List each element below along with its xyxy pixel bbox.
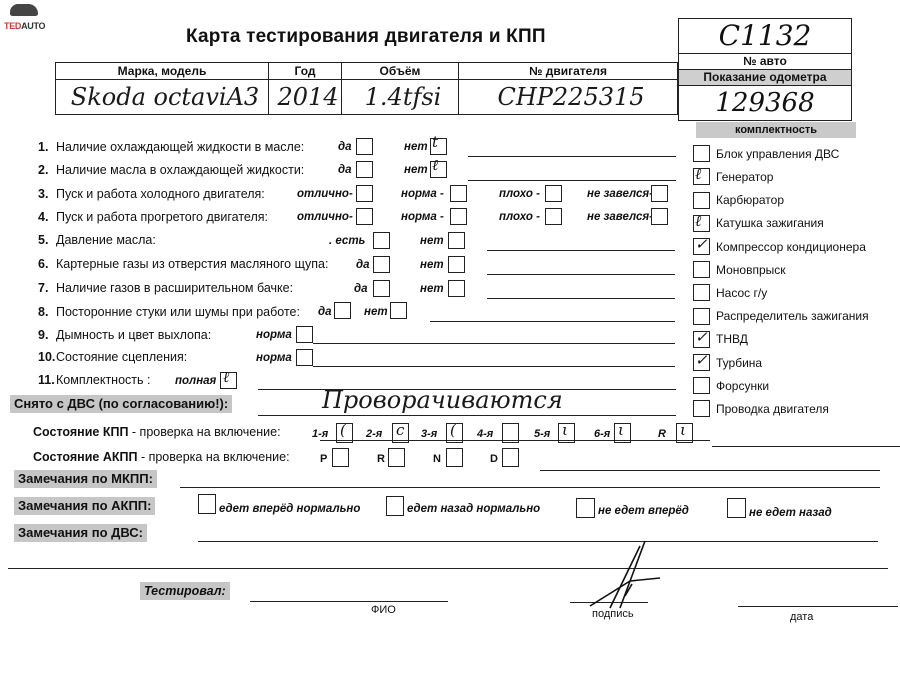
q4-bad-checkbox[interactable] <box>545 208 562 225</box>
q10-notes-line <box>313 366 675 367</box>
q2-no-checkbox[interactable]: ℓ <box>430 161 447 178</box>
completeness-label: Карбюратор <box>716 193 784 207</box>
completeness-checkbox[interactable] <box>693 145 710 162</box>
manual-gear-label: 6-я <box>594 428 610 440</box>
question-3: 3.Пуск и работа холодного двигателя: <box>38 187 265 201</box>
completeness-item[interactable]: ✓Турбина <box>693 354 762 374</box>
auto-gear-checkbox[interactable] <box>502 448 519 467</box>
q1-yes-checkbox[interactable] <box>356 138 373 155</box>
completeness-item[interactable]: Форсунки <box>693 377 769 397</box>
q8-notes-line <box>430 321 675 322</box>
q3-no-start-checkbox[interactable] <box>651 185 668 202</box>
remarks-akpp-label: Замечания по АКПП: <box>14 497 155 515</box>
remarks-dvs-label: Замечания по ДВС: <box>14 524 147 542</box>
auto-gear-label: D <box>490 453 498 465</box>
auto-gear-checkbox[interactable] <box>332 448 349 467</box>
volume-field[interactable]: 1.4tfsi <box>342 80 459 115</box>
remarks-dvs-line[interactable] <box>198 541 878 542</box>
remarks-mkpp-line[interactable] <box>180 487 880 488</box>
question-7: 7.Наличие газов в расширительном бачке: <box>38 281 293 295</box>
odometer-label: Показание одометра <box>679 70 851 86</box>
completeness-checkbox[interactable] <box>693 377 710 394</box>
auto-gearbox-label: Состояние АКПП - проверка на включение: <box>33 450 290 464</box>
auto-gear-checkbox[interactable] <box>388 448 405 467</box>
completeness-label: Компрессор кондиционера <box>716 240 866 254</box>
signature-scribble <box>570 536 670 616</box>
question-2: 2.Наличие масла в охлаждающей жидкости: <box>38 163 304 177</box>
q6-yes-checkbox[interactable] <box>373 256 390 273</box>
q4-excellent-checkbox[interactable] <box>356 208 373 225</box>
completeness-label: Моновпрыск <box>716 263 786 277</box>
tedauto-logo: TEDAUTO <box>2 4 46 38</box>
completeness-label: ТНВД <box>716 332 748 346</box>
col-make-model: Марка, модель <box>56 63 269 80</box>
date-line[interactable] <box>738 606 898 607</box>
completeness-label: Турбина <box>716 356 762 370</box>
auto-odometer-box: C1132 № авто Показание одометра 129368 <box>678 18 852 121</box>
completeness-item[interactable]: Распределитель зажигания <box>693 307 869 327</box>
completeness-item[interactable]: ℓКатушка зажигания <box>693 215 824 235</box>
q9-normal-checkbox[interactable] <box>296 326 313 343</box>
q6-no-checkbox[interactable] <box>448 256 465 273</box>
auto-gear-label: R <box>377 453 385 465</box>
completeness-label: Распределитель зажигания <box>716 309 869 323</box>
question-11: 11.Комплектность : <box>38 373 150 387</box>
divider-line <box>712 446 900 447</box>
question-4: 4.Пуск и работа прогретого двигателя: <box>38 210 268 224</box>
auto-number-label: № авто <box>679 54 851 70</box>
q2-yes-checkbox[interactable] <box>356 161 373 178</box>
question-6: 6.Картерные газы из отверстия масляного … <box>38 257 328 271</box>
q9-notes-line <box>313 343 675 344</box>
q6-notes-line <box>487 274 675 275</box>
q7-yes-checkbox[interactable] <box>373 280 390 297</box>
q5-no-checkbox[interactable] <box>448 232 465 249</box>
completeness-item[interactable]: ℓГенератор <box>693 168 773 188</box>
manual-gearbox-label: Состояние КПП - проверка на включение: <box>33 425 281 439</box>
completeness-checkbox[interactable] <box>693 308 710 325</box>
q8-yes-checkbox[interactable] <box>334 302 351 319</box>
manual-gear-label: 4-я <box>477 428 493 440</box>
date-caption: дата <box>790 611 813 623</box>
completeness-checkbox[interactable]: ✓ <box>693 354 710 371</box>
fio-caption: ФИО <box>371 604 396 616</box>
q1-notes-line <box>468 156 676 157</box>
completeness-checkbox[interactable]: ℓ <box>693 215 710 232</box>
q1-no-checkbox[interactable]: t <box>430 138 447 155</box>
completeness-checkbox[interactable]: ✓ <box>693 331 710 348</box>
auto-number-field[interactable]: C1132 <box>679 19 851 54</box>
q4-no-start-checkbox[interactable] <box>651 208 668 225</box>
completeness-label: Проводка двигателя <box>716 402 829 416</box>
completeness-checkbox[interactable] <box>693 261 710 278</box>
auto-gear-label: P <box>320 453 327 465</box>
akpp-forward-ok-checkbox[interactable] <box>198 494 216 514</box>
completeness-item[interactable]: Насос г/у <box>693 284 767 304</box>
completeness-label: Насос г/у <box>716 286 767 300</box>
manual-gear-label: 2-я <box>366 428 382 440</box>
completeness-checkbox[interactable] <box>693 284 710 301</box>
auto-gear-label: N <box>433 453 441 465</box>
manual-gear-label: 1-я <box>312 428 328 440</box>
completeness-item[interactable]: Блок управления ДВС <box>693 145 839 165</box>
completeness-label: Блок управления ДВС <box>716 147 839 161</box>
removed-value[interactable]: Проворачиваются <box>322 386 563 414</box>
q4-normal-checkbox[interactable] <box>450 208 467 225</box>
col-year: Год <box>269 63 342 80</box>
tested-by-label: Тестировал: <box>140 582 230 600</box>
manual-gear-label: R <box>658 428 666 440</box>
page-title: Карта тестирования двигателя и КПП <box>186 26 546 48</box>
question-1: 1.Наличие охлаждающей жидкости в масле: <box>38 140 304 154</box>
q10-normal-checkbox[interactable] <box>296 349 313 366</box>
akpp-reverse-ok-checkbox[interactable] <box>386 496 404 516</box>
odometer-field[interactable]: 129368 <box>679 86 851 120</box>
question-9: 9.Дымность и цвет выхлопа: <box>38 328 211 342</box>
completeness-checkbox[interactable] <box>693 192 710 209</box>
completeness-label: Катушка зажигания <box>716 216 824 230</box>
q2-notes-line <box>468 180 676 181</box>
question-10: 10.Состояние сцепления: <box>38 350 187 364</box>
completeness-item[interactable]: ✓ТНВД <box>693 331 748 351</box>
completeness-item[interactable]: Моновпрыск <box>693 261 786 281</box>
vehicle-info-table: Марка, модель Год Объём № двигателя Skod… <box>55 62 678 115</box>
completeness-label: Форсунки <box>716 379 769 393</box>
q7-notes-line <box>487 298 675 299</box>
removed-label: Снято с ДВС (по согласованию!): <box>10 395 232 413</box>
completeness-item[interactable]: Карбюратор <box>693 191 784 211</box>
q7-no-checkbox[interactable] <box>448 280 465 297</box>
completeness-heading: комплектность <box>696 122 856 138</box>
q3-bad-checkbox[interactable] <box>545 185 562 202</box>
col-volume: Объём <box>342 63 459 80</box>
remarks-dvs-line-2[interactable] <box>8 568 888 569</box>
q11-complete-checkbox[interactable]: ℓ <box>220 372 237 389</box>
col-engine-number: № двигателя <box>459 63 678 80</box>
completeness-checkbox[interactable]: ✓ <box>693 238 710 255</box>
question-8: 8.Посторонние стуки или шумы при работе: <box>38 305 300 319</box>
completeness-item[interactable]: ✓Компрессор кондиционера <box>693 238 866 258</box>
remarks-mkpp-label: Замечания по МКПП: <box>14 470 157 488</box>
akpp-no-forward-checkbox[interactable] <box>576 498 595 518</box>
fio-line[interactable] <box>250 601 448 602</box>
manual-gear-label: 5-я <box>534 428 550 440</box>
akpp-no-reverse-checkbox[interactable] <box>727 498 746 518</box>
completeness-item[interactable]: Проводка двигателя <box>693 400 829 420</box>
q5-yes-checkbox[interactable] <box>373 232 390 249</box>
completeness-label: Генератор <box>716 170 773 184</box>
q5-notes-line <box>487 250 675 251</box>
q3-normal-checkbox[interactable] <box>450 185 467 202</box>
car-icon <box>10 4 38 16</box>
completeness-checkbox[interactable]: ℓ <box>693 168 710 185</box>
make-model-field[interactable]: Skoda octaviA3 <box>56 80 269 115</box>
auto-gear-checkbox[interactable] <box>446 448 463 467</box>
manual-gears-line <box>320 440 710 441</box>
removed-line <box>258 415 676 416</box>
completeness-checkbox[interactable] <box>693 400 710 417</box>
year-field[interactable]: 2014 <box>269 80 342 115</box>
engine-number-field[interactable]: CHP225315 <box>459 80 678 115</box>
q3-excellent-checkbox[interactable] <box>356 185 373 202</box>
auto-gears-line <box>540 470 880 471</box>
question-5: 5.Давление масла: <box>38 233 156 247</box>
logo-text-dark: AUTO <box>21 21 45 31</box>
manual-gear-label: 3-я <box>421 428 437 440</box>
q8-no-checkbox[interactable] <box>390 302 407 319</box>
logo-text-red: TED <box>4 21 21 31</box>
